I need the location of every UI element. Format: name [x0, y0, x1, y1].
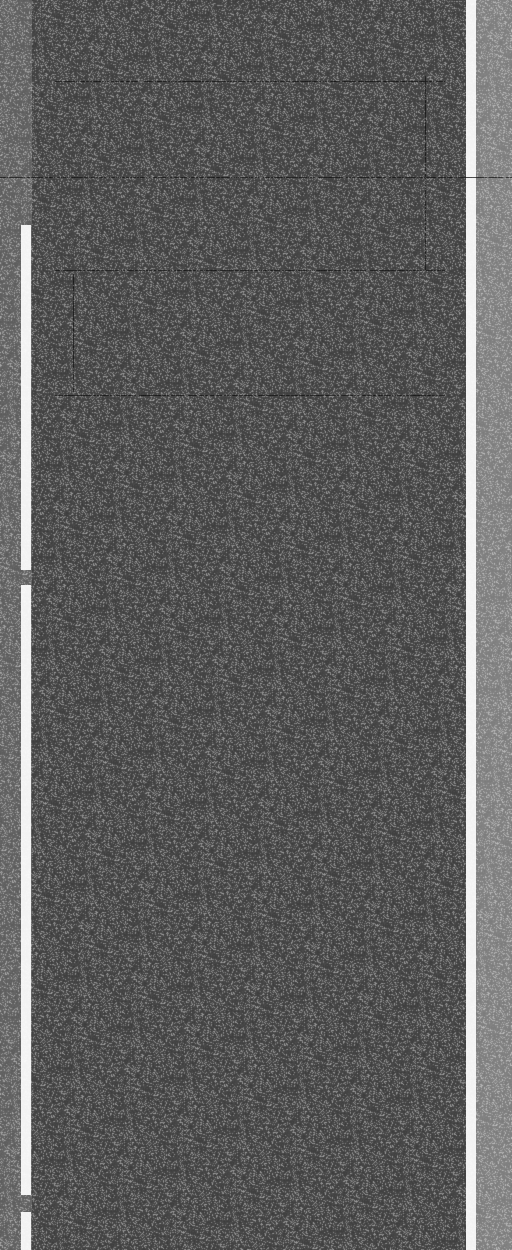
asphalt-lane — [32, 0, 466, 1250]
right-shoulder — [472, 0, 512, 1250]
right-lane-line — [466, 0, 476, 1250]
crack-seal-line — [425, 75, 426, 270]
crack-seal-line — [0, 177, 512, 178]
road-surface-image — [0, 0, 512, 1250]
left-lane-line-segment — [21, 1212, 31, 1250]
crack-seal-line — [55, 395, 445, 396]
crack-seal-line — [55, 81, 445, 82]
left-lane-line-segment — [21, 585, 31, 1195]
crack-seal-line — [73, 272, 74, 397]
crack-seal-line — [55, 270, 445, 271]
left-lane-line-segment — [21, 225, 31, 570]
